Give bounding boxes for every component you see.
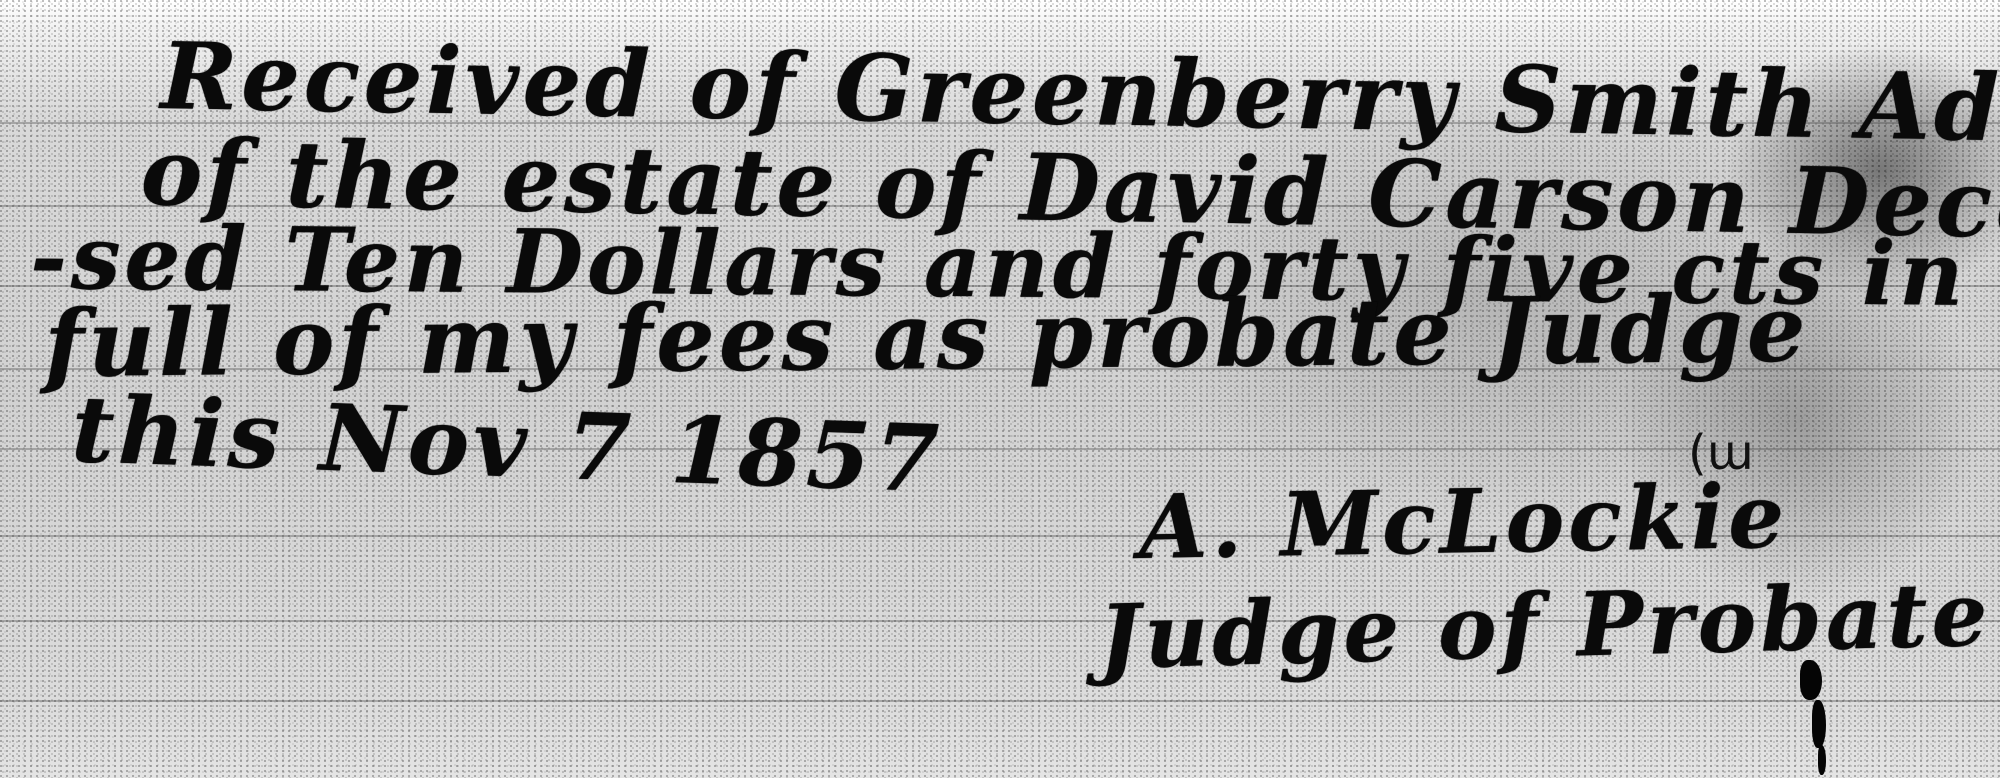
ink-blot <box>1818 745 1826 775</box>
ruled-line <box>0 700 2000 702</box>
signature-name: A. McLockie <box>1138 464 1789 579</box>
ink-blot <box>1812 700 1826 748</box>
signature-title: Judge of Probate <box>1097 562 1992 689</box>
ink-blot <box>1800 660 1822 700</box>
receipt-line-4: full of my fees as probate Judge <box>44 275 1810 398</box>
receipt-line-5: this Nov 7 1857 <box>70 375 944 513</box>
scanned-document-page: Received of Greenberry Smith Admr of the… <box>0 0 2000 778</box>
